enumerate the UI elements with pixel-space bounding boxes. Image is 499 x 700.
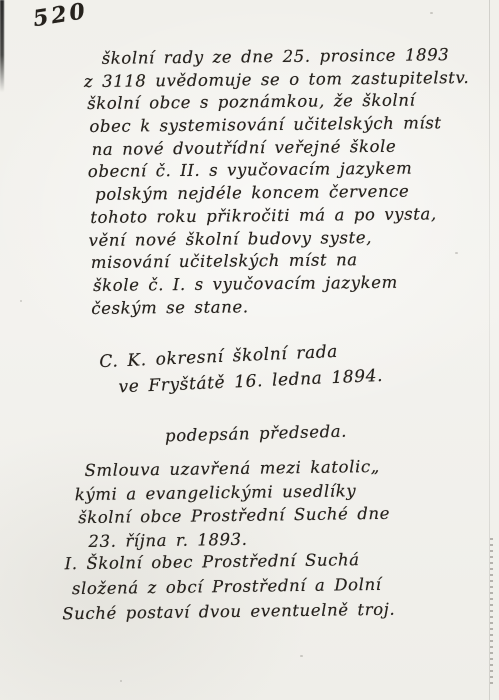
paper-speck (20, 300, 22, 302)
edge-archival-marks (490, 538, 493, 688)
dateline-block: C. K. okresní školní rada ve Fryštátě 16… (99, 340, 384, 404)
page-number: 520 (31, 0, 89, 32)
decree-paragraph: školní rady ze dne 25. prosince 1893 z 3… (84, 45, 472, 321)
manuscript-scan-page: 520 školní rady ze dne 25. prosince 1893… (0, 0, 499, 700)
paper-speck (300, 655, 303, 657)
contract-intro-paragraph: Smlouva uzavřená mezi katolic„ kými a ev… (74, 457, 390, 555)
contract-point-one-paragraph: I. Školní obec Prostřední Suchá složená … (61, 550, 395, 630)
scanner-edge-shadow (0, 0, 4, 92)
paper-speck (430, 12, 433, 14)
manuscript-line: Suché postaví dvou eventuelně troj. (62, 600, 395, 630)
paper-speck (120, 680, 122, 682)
manuscript-line: českým se stane. (91, 295, 472, 322)
signature-line: podepsán předseda. (165, 422, 347, 446)
